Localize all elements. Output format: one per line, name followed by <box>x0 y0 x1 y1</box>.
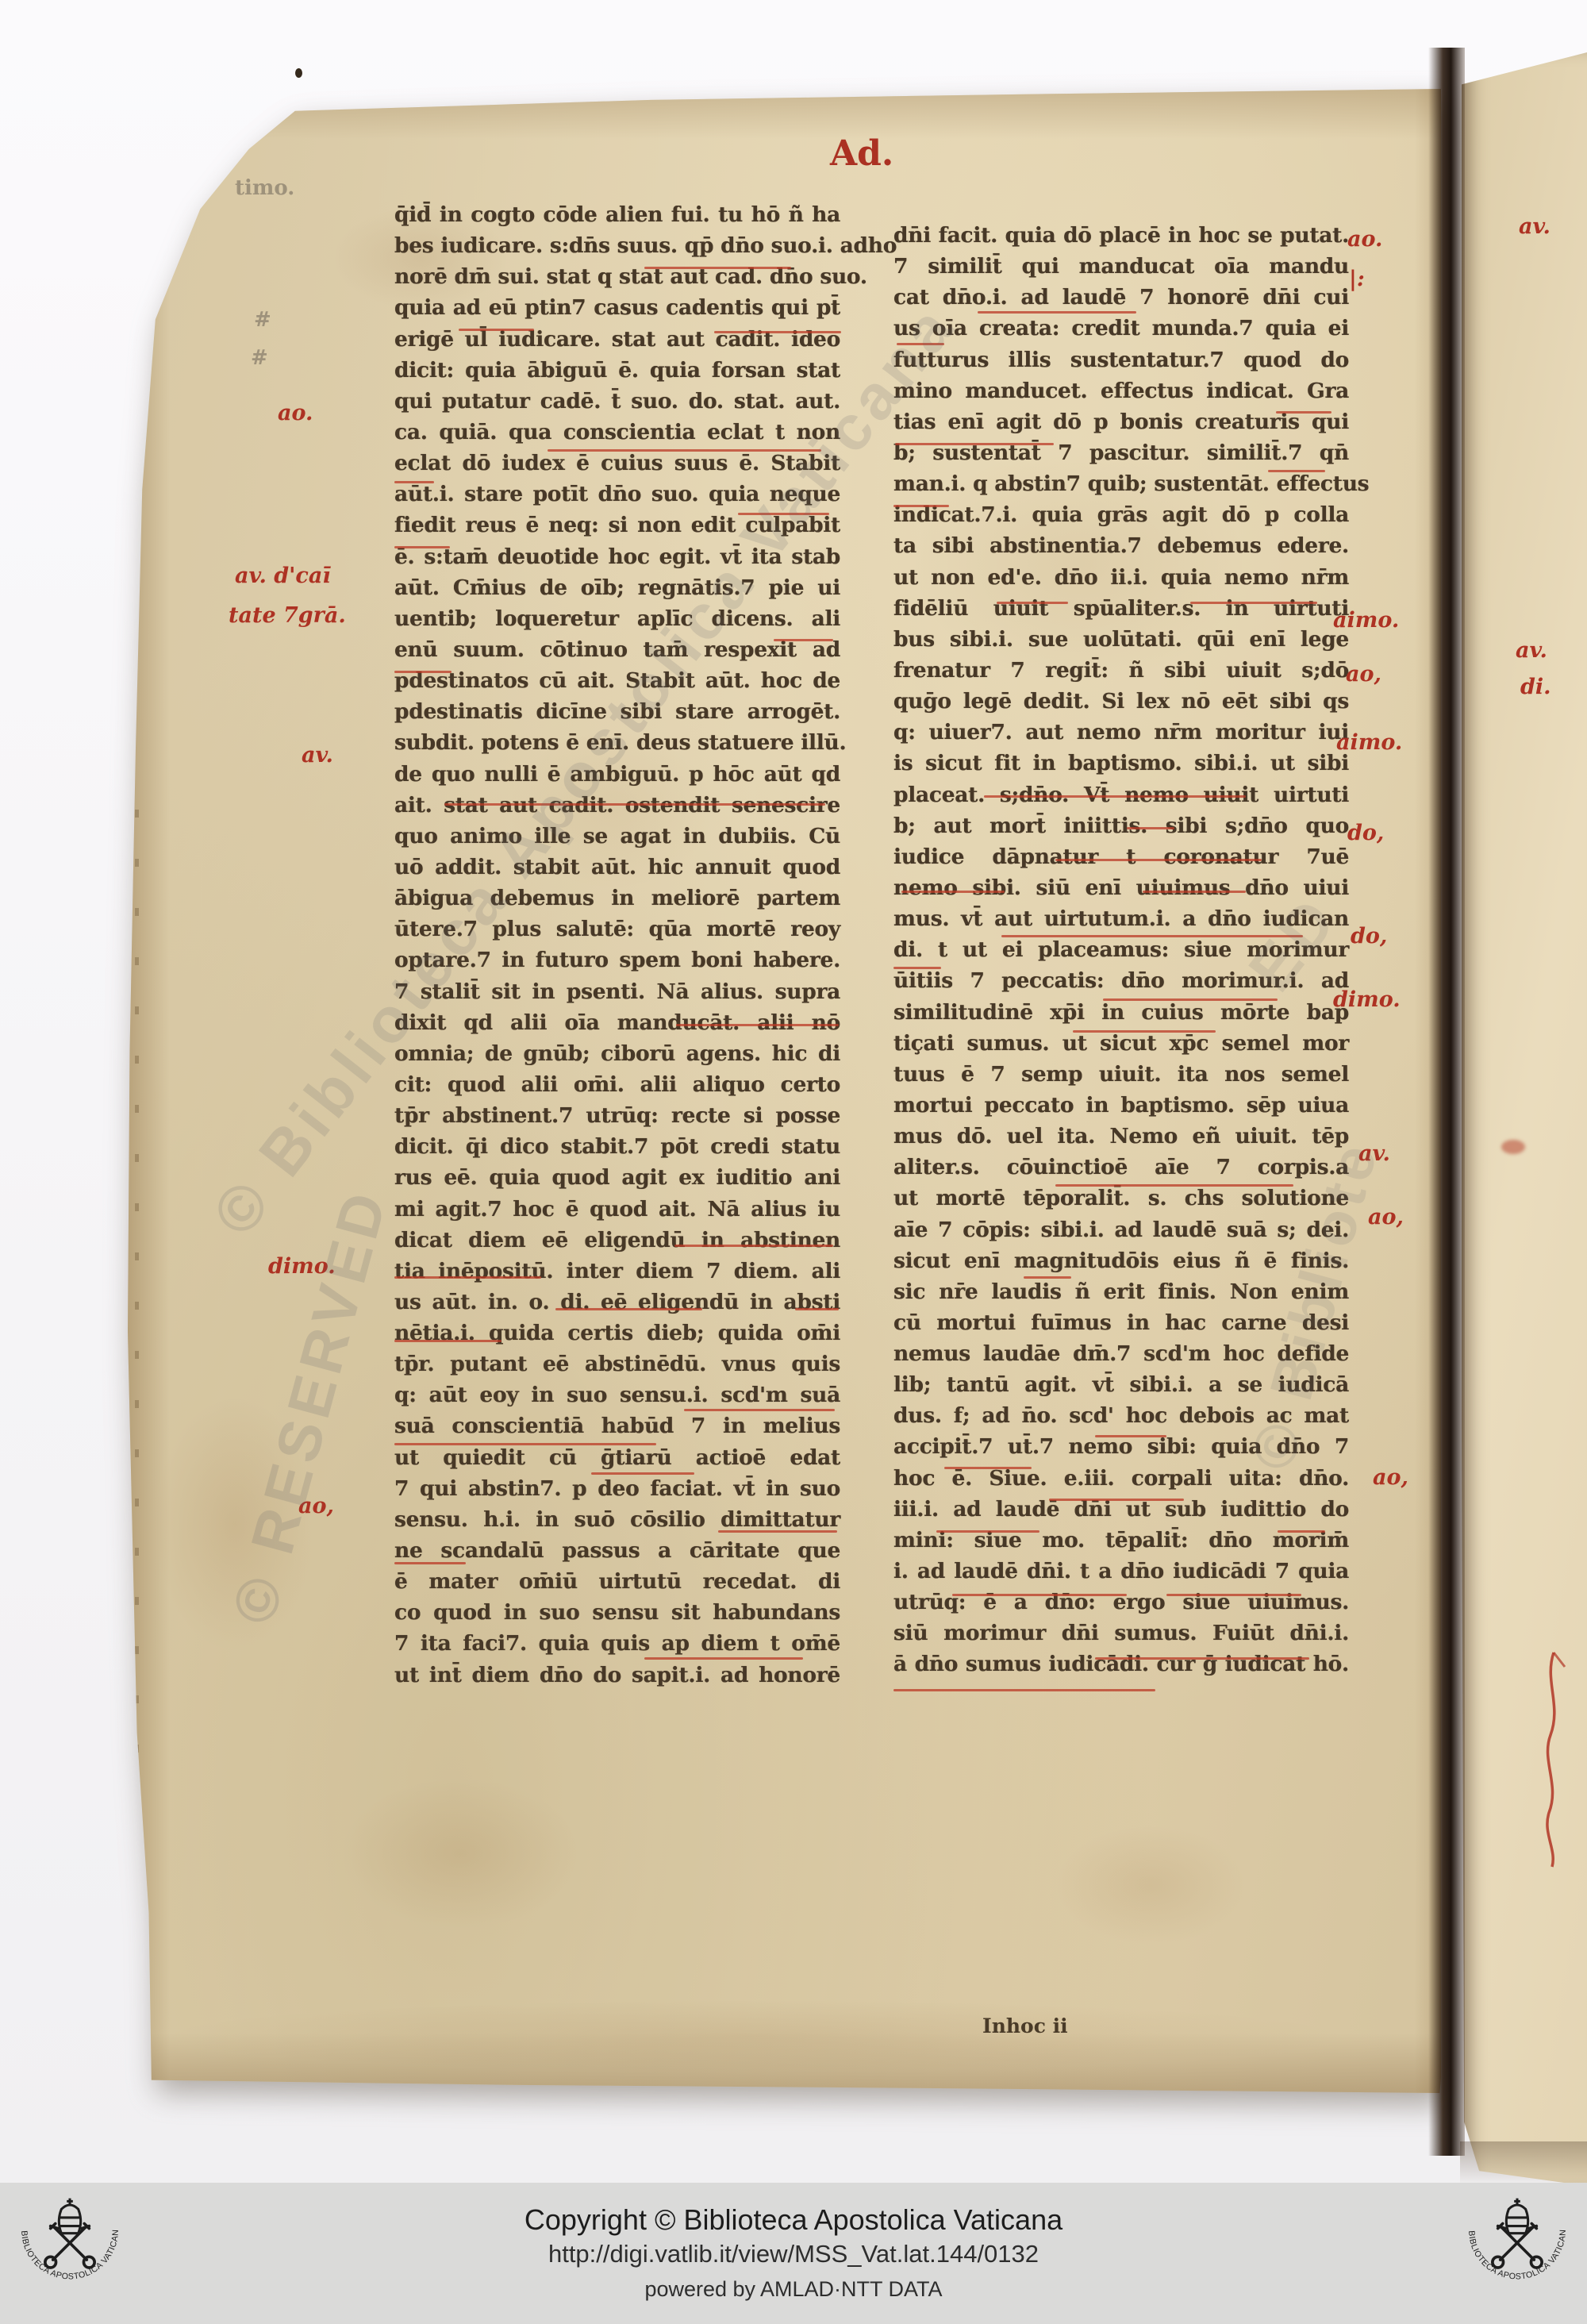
parchment-stain <box>1055 1826 1246 1945</box>
manuscript-text-line: b; sustentat̄ 7 pascitur. similit̄.7 qn̄ <box>893 437 1349 468</box>
manuscript-text-line: suā conscientiā habūd 7 in melius <box>394 1410 840 1441</box>
manuscript-text-line: ut int̄ diem dn̄o do sapit.i. ad honorē <box>394 1660 840 1691</box>
manuscript-text-line: sensu. h.i. in suō cōsilio dimittatur <box>394 1504 840 1535</box>
manuscript-text-line: omnia; de gnūb; ciborū agens. hic di <box>394 1038 840 1069</box>
folio-heading: Ad. <box>830 133 893 174</box>
manuscript-text-line: iudice dāpnatur t coronatur 7uē <box>893 841 1349 872</box>
catchword: Inhoc ii <box>982 2014 1068 2037</box>
photo-backdrop: Ad. q̄id̄ in cogto cōde alien fui. tu hō… <box>0 0 1587 2183</box>
manuscript-text-line: quḡo legē dedit. Si lex nō eēt sibi qs <box>893 686 1349 717</box>
manuscript-text-line: utrūq: ē a dn̄o: ergo siue uiuimus. <box>893 1587 1349 1618</box>
manuscript-text-line: tp̄r. putant eē abstinēdū. vnus quis <box>394 1349 840 1379</box>
manuscript-text-line: nemus laudāe dm̄.7 scd'm hoc defide <box>893 1338 1349 1369</box>
manuscript-text-line: futturus illis sustentatur.7 quod do <box>893 344 1349 375</box>
manuscript-text-line: fiedit reus ē neq: si non edit culpabit <box>394 510 840 541</box>
manuscript-text-line: ta sibi abstinentia.7 debemus edere. <box>893 530 1349 561</box>
manuscript-text-line: 7 similit̄ qui manducat oīa mandu <box>893 251 1349 282</box>
manuscript-text-line: nemo sibi. siū enī uiuimus dn̄o uiui <box>893 872 1349 903</box>
manuscript-text-line: pdestinatos cū ait. Stabit aūt. hoc de <box>394 665 840 696</box>
crossed-keys-icon <box>1493 2224 1542 2268</box>
manuscript-text-line: enū suum. cōtinuo tam̄ respexit ad <box>394 634 840 665</box>
manuscript-text-line: dixit qd alii oīa manducāt. alii nō <box>394 1007 840 1038</box>
manuscript-text-line: iii.i. ad laudē dn̄i ut sub iudittio do <box>893 1494 1349 1525</box>
footer-powered-by: powered by AMLAD·NTT DATA <box>0 2277 1587 2302</box>
manuscript-text-line: ā dn̄o sumus iudicādi. cur ḡ iudicat hō. <box>893 1649 1349 1680</box>
manuscript-text-line: man.i. q abstin7 quib; sustentāt. effect… <box>893 468 1349 499</box>
parchment-stain <box>156 1397 314 1651</box>
manuscript-text-line: mortui peccato in baptismo. sēp uiua <box>893 1090 1349 1121</box>
manuscript-text-line: mi agit.7 hoc ē quod ait. Nā alius iu <box>394 1194 840 1225</box>
papal-tiara-icon <box>59 2199 80 2234</box>
manuscript-text-line: tuus ē 7 semp uiuit. ita nos semel <box>893 1059 1349 1090</box>
manuscript-text-line: hoc ē. Siue. e.iii. corpali uita: dn̄o. <box>893 1463 1349 1494</box>
manuscript-text-line: ūtere.7 plus salutē: qūa mortē reoy <box>394 914 840 945</box>
manuscript-text-line: cit: quod alii om̄i. alii aliquo certo <box>394 1069 840 1100</box>
manuscript-text-line: rus eē. quia quod agit ex iuditio ani <box>394 1162 840 1193</box>
manuscript-text-line: bes iudicare. s:dn̄s suus. qp̄ dn̄o suo.… <box>394 230 840 261</box>
manuscript-text-line: tias enī agit dō p bonis creaturis qui <box>893 406 1349 437</box>
manuscript-text-line: dus. f; ad n̄o. scd' hoc debois ac mat <box>893 1400 1349 1431</box>
ink-speck <box>295 68 302 78</box>
manuscript-text-line: 7 ita faci7. quia quis ap diem t om̄ē <box>394 1628 840 1659</box>
manuscript-text-line: dicit. q̄i dico stabit.7 pōt credi statu <box>394 1131 840 1162</box>
manuscript-text-line: 7 qui abstin7. p deo faciat. vt̄ in suo <box>394 1473 840 1504</box>
manuscript-text-line: uentib; loqueretur aplīc dicens. ali <box>394 603 840 634</box>
manuscript-text-line: is sicut fit in baptismo. sibi.i. ut sib… <box>893 748 1349 779</box>
manuscript-text-line: mus dō. uel ita. Nemo eñ uiuit. tēp <box>893 1121 1349 1152</box>
manuscript-text-line: aūt. Cm̄ius de oīb; regnātis.7 pie ui <box>394 572 840 603</box>
manuscript-text-line: mino manducet. effectus indicat. Gra <box>893 375 1349 406</box>
manuscript-text-line: ut mortē tēporalit̄. s. chs solutione <box>893 1183 1349 1214</box>
manuscript-text-line: similitudinē xp̄i in cuius mōrte bap <box>893 997 1349 1028</box>
red-ink-smudge <box>1501 1140 1525 1154</box>
manuscript-text-line: ē. s:tam̄ deuotide hoc egit. vt̄ ita sta… <box>394 541 840 572</box>
manuscript-text-line: i. ad laudē dn̄i. t a dn̄o iudicādi 7 qu… <box>893 1556 1349 1587</box>
manuscript-text-line: q: aūt eoy in suo sensu.i. scd'm suā <box>394 1379 840 1410</box>
manuscript-text-line: tia inēpositū. inter diem 7 diem. ali <box>394 1256 840 1287</box>
manuscript-text-line: co quod in suo sensu sit habundans <box>394 1597 840 1628</box>
manuscript-text-line: norē dm̄ sui. stat q stat aut cad. dn̄o … <box>394 261 840 292</box>
manuscript-text-line: ūitiis 7 peccatis: dn̄o morimur.i. ad <box>893 965 1349 996</box>
manuscript-text-line: erigē ul̄ iudicare. stat aut cadit. ideo <box>394 324 840 355</box>
manuscript-text-line: nētia.i. quida certis dieb; quida om̄i <box>394 1318 840 1349</box>
manuscript-text-line: placeat. s;dn̄o. Vt̄ nemo uiuit uirtuti <box>893 779 1349 810</box>
manuscript-text-line: 7 stalit̄ sit in psenti. Nā alius. supra <box>394 976 840 1007</box>
manuscript-text-line: pdestinatis dicīne sibi stare arrogēt. <box>394 696 840 727</box>
manuscript-text-line: mus. vt̄ aut uirtutum.i. a dn̄o iudican <box>893 903 1349 934</box>
manuscript-text-line: dicat diem eē eligendū in abstinen <box>394 1225 840 1256</box>
manuscript-text-line: cū mortui fuīmus in hac carne desi <box>893 1307 1349 1338</box>
manuscript-text-line: mini: siue mo. tēpalit̄: dn̄o morim̄ <box>893 1525 1349 1556</box>
manuscript-column-left: q̄id̄ in cogto cōde alien fui. tu hō ñ h… <box>394 199 840 1691</box>
book-gutter <box>1428 48 1465 2156</box>
manuscript-text-line: de quo nulli ē ambiguū. p hōc aūt qd <box>394 759 840 790</box>
manuscript-text-line: tiçati sumus. ut sicut xp̄c semel mor <box>893 1028 1349 1059</box>
manuscript-text-line: fidēliū uiuit spūaliter.s. in uirtuti <box>893 593 1349 624</box>
parchment-stain <box>159 2000 1349 2072</box>
manuscript-text-line: ābigua debemus in meliorē partem <box>394 883 840 914</box>
manuscript-text-line: ca. quiā. qua conscientia eclat t non <box>394 417 840 448</box>
manuscript-text-line: sicut enī magnitudōis eius ñ ē finis. <box>893 1245 1349 1276</box>
manuscript-text-line: aliter.s. cōuinctioē aīe 7 corpis.a <box>893 1152 1349 1183</box>
manuscript-text-line: lib; tantū agit. vt̄ sibi.i. a se iudicā <box>893 1369 1349 1400</box>
manuscript-text-line: quo animo ille se agat in dubiis. Cū <box>394 821 840 852</box>
vatican-library-seal-left: BIBLIOTECA APOSTOLICA VATICANA <box>10 2192 130 2313</box>
parchment-stain <box>341 1778 579 1929</box>
manuscript-text-line: eclat dō iudex ē cuius suus ē. Stabit <box>394 448 840 479</box>
manuscript-text-line: q̄id̄ in cogto cōde alien fui. tu hō ñ h… <box>394 199 840 230</box>
marginal-red-sketch <box>1530 1649 1581 1872</box>
manuscript-text-line: qui putatur cadē. t̄ suo. do. stat. aut. <box>394 386 840 417</box>
vatican-library-seal-right: BIBLIOTECA APOSTOLICA VATICANA <box>1457 2192 1577 2313</box>
manuscript-text-line: ne scandalū passus a cāritate que <box>394 1535 840 1566</box>
facing-page-shadow <box>1460 2141 1587 2186</box>
manuscript-text-line: aūt.i. stare potīt dn̄o suo. quia neque <box>394 479 840 510</box>
manuscript-text-line: cat dn̄o.i. ad laudē 7 honorē dn̄i cui <box>893 282 1349 313</box>
manuscript-text-line: optare.7 in futuro spem boni habere. <box>394 945 840 975</box>
manuscript-text-line: subdit. potens ē enī. deus statuere illū… <box>394 727 840 758</box>
manuscript-text-line: ait. stat aut cadit. ostendit senescire <box>394 790 840 821</box>
manuscript-column-right: dn̄i facit. quia dō placē in hoc se puta… <box>893 220 1349 1680</box>
manuscript-text-line: us oīa creata: credit munda.7 quia ei <box>893 313 1349 344</box>
footer-copyright: Copyright © Biblioteca Apostolica Vatica… <box>0 2203 1587 2237</box>
manuscript-text-line: tp̄r abstinent.7 utrūq: recte si posse <box>394 1100 840 1131</box>
manuscript-text-line: aīe 7 cōpis: sibi.i. ad laudē suā s; dei… <box>893 1214 1349 1245</box>
manuscript-text-line: us aūt. in. o. di. eē eligendū in absti <box>394 1287 840 1318</box>
manuscript-text-line: siū morimur dn̄i sumus. Fuiūt dn̄i.i. <box>893 1618 1349 1649</box>
manuscript-text-line: indicat.7.i. quia grās agit dō p colla <box>893 499 1349 530</box>
manuscript-text-line: ut quiedit cū ḡtiarū actioē edat <box>394 1442 840 1473</box>
manuscript-text-line: bus sibi.i. sue uolūtati. qūi enī lege <box>893 624 1349 655</box>
manuscript-text-line: uō addit. stabit aūt. hic annuit quod <box>394 852 840 883</box>
manuscript-text-line: dicit: quia ābiguū ē. quia forsan stat <box>394 355 840 386</box>
manuscript-text-line: sic nr̄e laudis ñ erit finis. Non enim <box>893 1276 1349 1307</box>
manuscript-text-line: quia ad eū ptin7 casus cadentis qui pt̄ <box>394 292 840 323</box>
manuscript-text-line: frenatur 7 regit̄: ñ sibi uiuit s;dō <box>893 655 1349 686</box>
prick-marks <box>135 810 139 1984</box>
manuscript-text-line: di. t ut ei placeamus: siue morimur <box>893 934 1349 965</box>
footer-bar: Copyright © Biblioteca Apostolica Vatica… <box>0 2183 1587 2324</box>
manuscript-text-line: ē mater om̄iū uirtutū recedat. di <box>394 1566 840 1597</box>
papal-tiara-icon <box>1506 2199 1527 2234</box>
manuscript-text-line: q: uiuer7. aut nemo nr̄m moritur iui <box>893 717 1349 748</box>
manuscript-scan-viewer: Ad. q̄id̄ in cogto cōde alien fui. tu hō… <box>0 0 1587 2324</box>
crossed-keys-icon <box>45 2224 94 2268</box>
manuscript-text-line: dn̄i facit. quia dō placē in hoc se puta… <box>893 220 1349 251</box>
footer-url: http://digi.vatlib.it/view/MSS_Vat.lat.1… <box>0 2240 1587 2268</box>
manuscript-text-line: ut non ed'e. dn̄o ii.i. quia nemo nr̄m <box>893 562 1349 593</box>
manuscript-text-line: accipit̄.7 ut̄.7 nemo sibi: quia dn̄o 7 <box>893 1431 1349 1462</box>
manuscript-text-line: b; aut mort̄ iniittis. sibi s;dn̄o quo <box>893 810 1349 841</box>
